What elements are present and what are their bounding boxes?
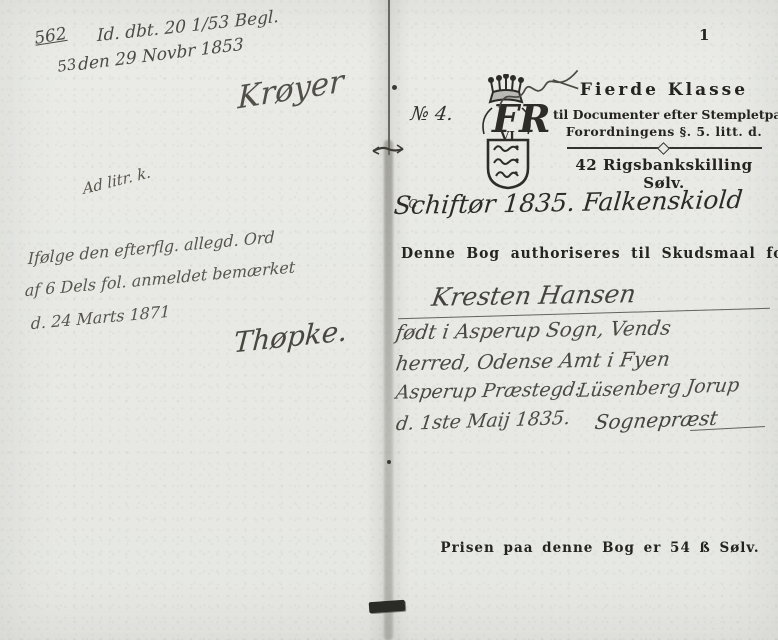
- binding-stitch-dot: [392, 85, 397, 90]
- left-top-note-line1: Id. dbt. 20 1/53 Begl.: [97, 7, 279, 46]
- header-line3: Forordningens §. 5. litt. d.: [553, 124, 775, 139]
- left-middle-note: Ad litr. k.: [82, 163, 152, 198]
- owner-line4-right: Lüsenberg Jorup: [576, 374, 740, 402]
- printed-header-block: Fierde Klasse til Documenter efter Stemp…: [553, 80, 775, 192]
- header-line2: til Documenter efter Stempletpapirs: [553, 107, 775, 122]
- left-top-note-signature: Krøyer: [237, 63, 344, 116]
- authorization-line: Denne Bog authoriseres til Skudsmaal for: [401, 245, 778, 262]
- divider-ornament-icon: [657, 142, 670, 155]
- owner-line5-left: d. 1ste Maij 1835.: [395, 407, 572, 435]
- scanned-book-spread: c 562 53 Id. dbt. 20 1/53 Begl. den 29 N…: [0, 0, 778, 640]
- owner-line4-left: Asperup Præstegd:: [394, 378, 583, 403]
- binding-stitch-thread-icon: [371, 140, 405, 160]
- owner-name: Kresten Hansen: [430, 279, 638, 312]
- spine-shadow-streak: [384, 140, 393, 640]
- spine-crease-line: [388, 0, 390, 155]
- officials-signature-line: Schiftør 1835. Falkenskiold: [393, 185, 744, 220]
- binding-stitch-dot: [387, 460, 391, 464]
- stamp-number-label: № 4.: [409, 103, 454, 125]
- left-ref-number-secondary: 53: [56, 55, 78, 76]
- coat-of-arms-shield-icon: [488, 140, 528, 188]
- class-title: Fierde Klasse: [553, 80, 775, 100]
- price-line: Prisen paa denne Bog er 54 ß Sølv.: [440, 540, 760, 556]
- left-ref-number: 562: [33, 24, 68, 49]
- left-lower-note-signature: Thøpke.: [233, 314, 349, 359]
- page-number: 1: [699, 26, 709, 44]
- owner-line3: herred, Odense Amt i Fyen: [394, 347, 671, 376]
- divider-rule: [567, 147, 762, 149]
- left-lower-note-line3: d. 24 Marts 1871: [31, 302, 171, 333]
- owner-line2: født i Asperup Sogn, Vends: [394, 316, 672, 345]
